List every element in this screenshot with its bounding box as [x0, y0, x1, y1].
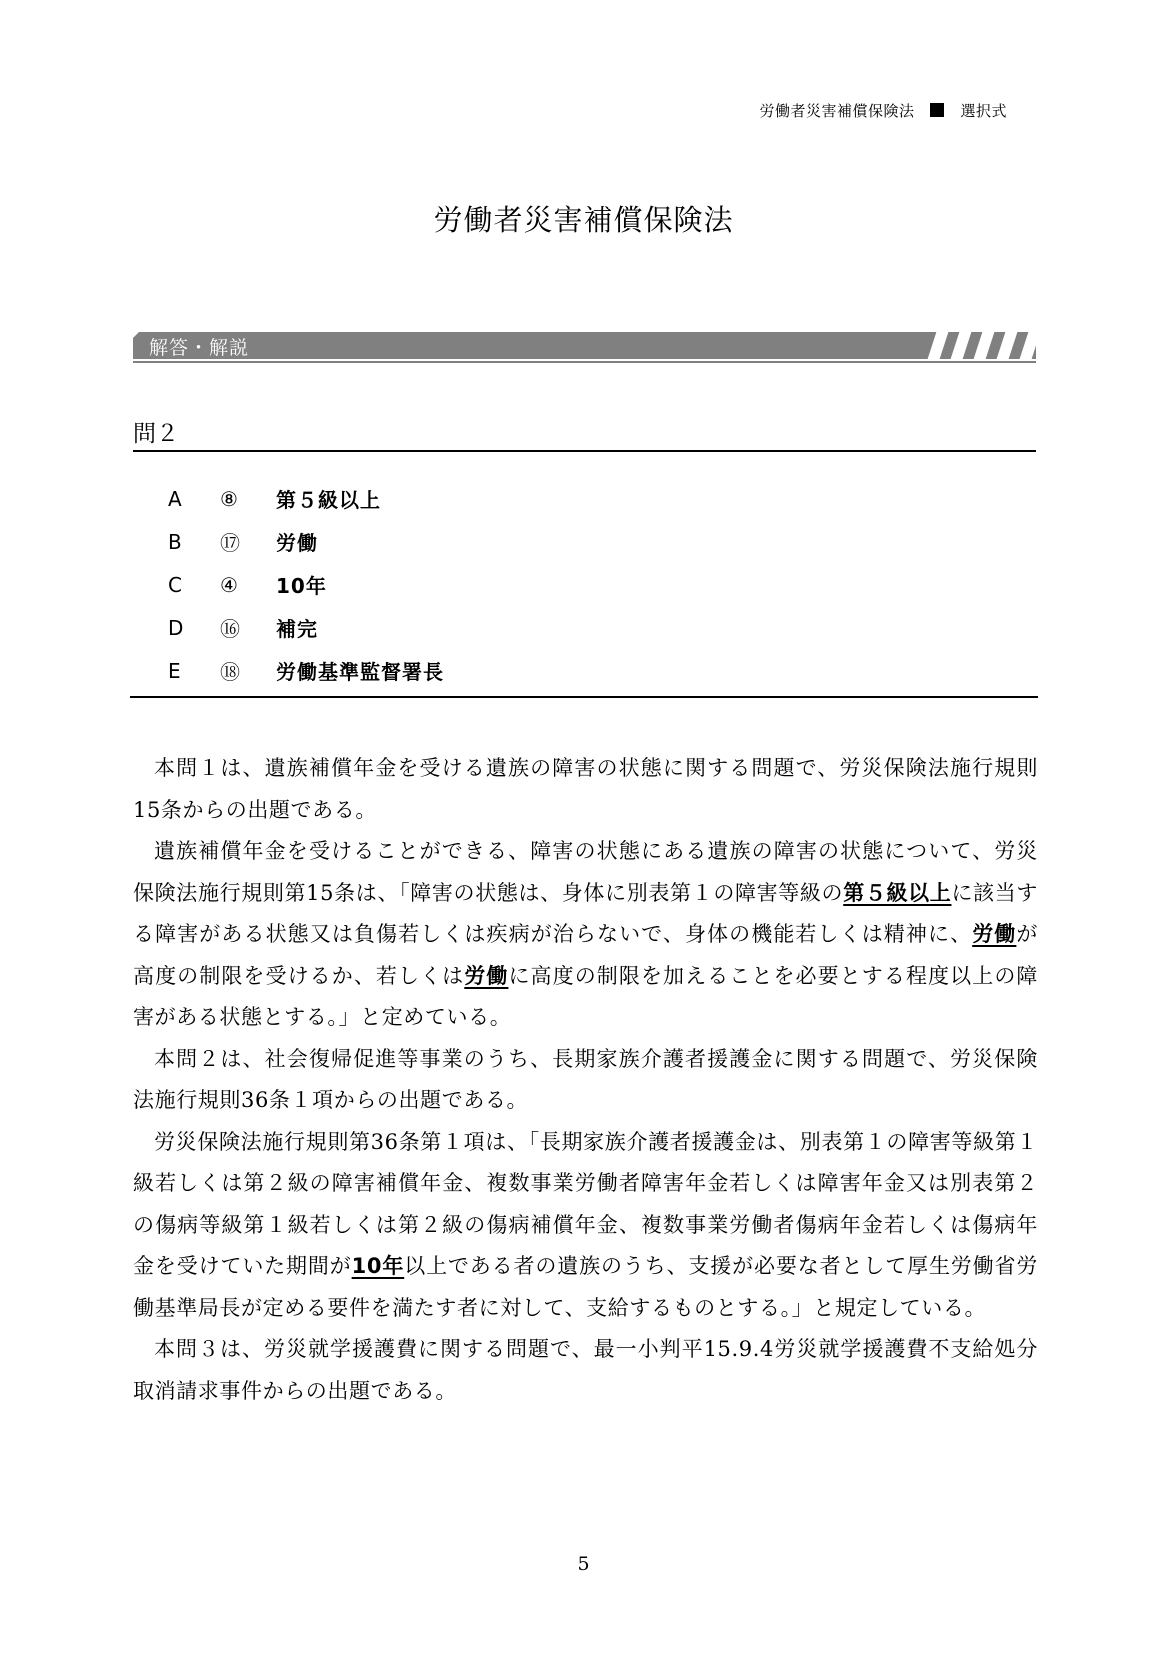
explanation-paragraph: 労災保険法施行規則第36条第１項は、「長期家族介護者援護金は、別表第１の障害等級… — [133, 1122, 1038, 1330]
highlighted-answer: 10年 — [352, 1254, 405, 1278]
header-exam-type: 選択式 — [960, 102, 1007, 120]
question-heading: 問２ — [133, 415, 179, 448]
answer-number: ⑯ — [220, 613, 276, 642]
answer-row: D ⑯ 補完 — [168, 606, 444, 649]
highlighted-answer: 労働 — [972, 922, 1016, 946]
answer-list: A ⑧ 第５級以上 B ⑰ 労働 C ④ 10年 D ⑯ 補完 E ⑱ 労働基準… — [168, 477, 444, 692]
answer-row: A ⑧ 第５級以上 — [168, 477, 444, 520]
answer-letter: D — [168, 616, 220, 640]
divider — [130, 696, 1038, 698]
section-underline — [133, 361, 1036, 363]
divider — [133, 450, 1036, 452]
page-number: 5 — [0, 1553, 1167, 1575]
explanation-paragraph: 遺族補償年金を受けることができる、障害の状態にある遺族の障害の状態について、労災… — [133, 831, 1038, 1039]
square-separator-icon — [930, 103, 944, 117]
highlighted-answer: 労働 — [464, 964, 508, 988]
header-law-name: 労働者災害補償保険法 — [759, 102, 914, 120]
answer-number: ⑧ — [220, 487, 276, 511]
answer-number: ④ — [220, 573, 276, 597]
answer-number: ⑱ — [220, 656, 276, 685]
answer-row: E ⑱ 労働基準監督署長 — [168, 649, 444, 692]
answer-term: 10年 — [276, 570, 327, 599]
answer-term: 第５級以上 — [276, 484, 381, 513]
decorative-stripes-icon — [911, 332, 1036, 359]
answer-letter: C — [168, 573, 220, 597]
answer-row: C ④ 10年 — [168, 563, 444, 606]
answer-row: B ⑰ 労働 — [168, 520, 444, 563]
explanation-paragraph: 本問３は、労災就学援護費に関する問題で、最一小判平15.9.4労災就学援護費不支… — [133, 1329, 1038, 1412]
running-header: 労働者災害補償保険法選択式 — [759, 100, 1007, 121]
answer-letter: B — [168, 530, 220, 554]
answer-term: 労働 — [276, 527, 318, 556]
explanation-body: 本問１は、遺族補償年金を受ける遺族の障害の状態に関する問題で、労災保険法施行規則… — [133, 748, 1038, 1412]
section-band: 解答・解説 — [133, 332, 1036, 359]
answer-number: ⑰ — [220, 527, 276, 556]
answer-term: 補完 — [276, 613, 318, 642]
answer-term: 労働基準監督署長 — [276, 656, 444, 685]
explanation-paragraph: 本問２は、社会復帰促進等事業のうち、長期家族介護者援護金に関する問題で、労災保険… — [133, 1039, 1038, 1122]
highlighted-answer: 第５級以上 — [843, 881, 951, 905]
section-band-label: 解答・解説 — [149, 333, 249, 360]
answer-letter: A — [168, 487, 220, 511]
answer-letter: E — [168, 659, 220, 683]
explanation-paragraph: 本問１は、遺族補償年金を受ける遺族の障害の状態に関する問題で、労災保険法施行規則… — [133, 748, 1038, 831]
page-title: 労働者災害補償保険法 — [0, 198, 1167, 239]
